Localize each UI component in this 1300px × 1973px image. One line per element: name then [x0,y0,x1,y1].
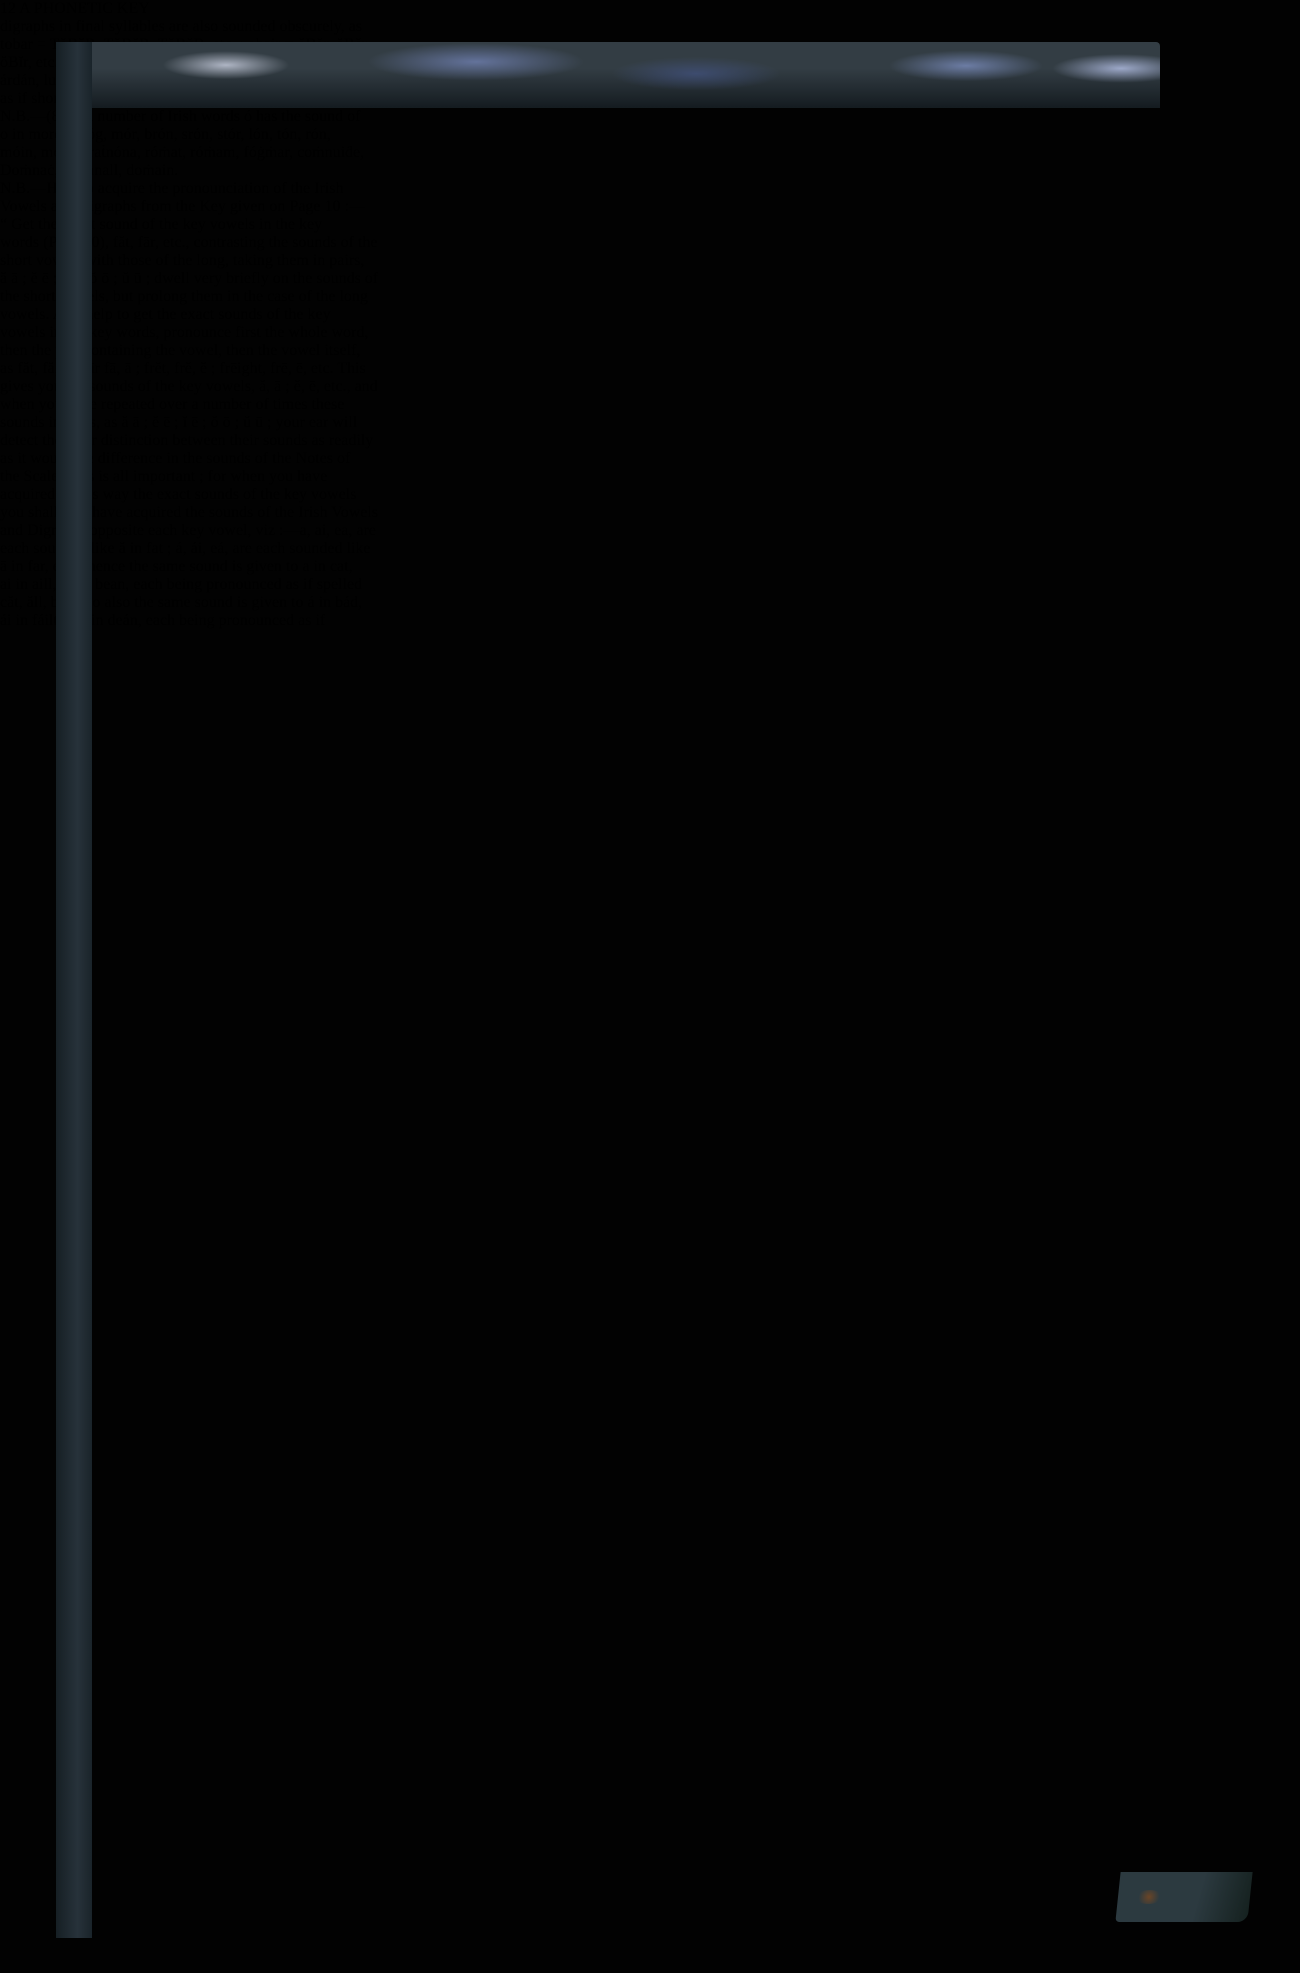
text-line: N.B.—How to acquire the pronounciation o… [0,180,1300,198]
text-line: vowels. As a help to get the exact sound… [0,306,1300,324]
text-line: you shall also have acquired the sounds … [0,504,1300,522]
text-line: the short vowels, but prolong them in th… [0,288,1300,306]
italic-text: N.B. [0,180,30,197]
gaelic-text: ái [0,612,12,629]
gaelic-text: tóg, mór, brón, srón, stór, lón, tón, ró… [83,126,331,143]
gaelic-text: aill, [32,576,56,593]
roman-text: “ Get the exact sound of the key vowels … [0,216,322,233]
roman-text: each being pronounced as if [142,612,325,629]
text-line: ai in aill, ea in bean, each being prono… [0,576,1300,594]
gaelic-text: móin, móna, traṫnóna, róṁat, róṁam, fóġṁ… [0,144,364,161]
paragraph: N.B.—How to acquire the pronounciation o… [0,180,1300,216]
text-line: acquired in this way the exact sounds of… [0,486,1300,504]
gaelic-text: a, ai, ea, [299,522,352,539]
roman-text: ā in far, etc. ; hence the same sound is… [0,558,302,575]
italic-text: o [0,126,8,143]
roman-text: in [315,594,335,611]
text-line: gives you the sounds of the key vowels, … [0,378,1300,396]
text-line: o in more as tóg, mór, brón, srón, stór,… [0,126,1300,144]
roman-text: are each sounded like [228,540,370,557]
text-line: ái in fáilte, eá in deán, each being pro… [0,612,1300,630]
gaelic-text: bád, [335,594,362,611]
book-cover-left-edge [56,42,92,1938]
text-line: N.B.—(8) In a number of Irish words ó ha… [0,108,1300,126]
text-block: digraphs in final syllables are also sou… [0,18,1300,630]
running-header: A PHONETIC KEY [19,0,150,17]
roman-text: then the part containing the vowel, then… [0,342,360,359]
roman-text: in [309,558,329,575]
text-line: vowels in the key words, pronounce first… [0,324,1300,342]
text-line: ă ā ; ĕ ē ; ĭ ē ; ŏ ō ; ŭ ū ; dwell very… [0,270,1300,288]
text-line: then the part containing the vowel, then… [0,342,1300,360]
gaelic-text: ai [0,576,12,593]
page-fore-edge-bottom [62,1882,1138,1918]
roman-text: each being pronounced as if spelled [129,576,362,593]
roman-text: sounds [0,414,48,431]
roman-text: when you have repeated over a number of … [0,396,344,413]
gaelic-text: bean, [95,576,129,593]
gaelic-text: á, ái, eá, [176,540,229,557]
roman-text: vowels. As a help to get the exact sound… [0,306,331,323]
book-cover-top-edge [56,42,1160,108]
roman-text: as făt, fă, ă ; fār fā, ā ; frĕt, frĕ, ĕ… [0,360,366,377]
gaelic-text: ó [244,108,252,125]
text-line: short vowels with those of the long, tak… [0,252,1300,270]
roman-text: are [352,522,376,539]
text-line: each sounded like ă in fat ; á, ái, eá, … [0,540,1300,558]
roman-text: in [12,576,32,593]
roman-text: in [8,126,28,143]
text-line: Doṁnaċ, Doṁnall, doṁain. [0,162,1300,180]
italic-text: N.B. [0,108,30,125]
roman-text: you shall also have acquired the sounds … [0,504,298,521]
roman-text: opposite each key vowel, viz :— [86,522,300,539]
gaelic-text: cat, [330,558,353,575]
text-line: ā in far, etc. ; hence the same sound is… [0,558,1300,576]
text-line: móin, móna, traṫnóna, róṁat, róṁam, fóġṁ… [0,144,1300,162]
paragraph: N.B.—(8) In a number of Irish words ó ha… [0,108,1300,180]
roman-text: as it would the difference in the sounds… [0,450,350,467]
gaelic-text: tobar [0,36,33,53]
cover-speck [1135,1890,1162,1904]
text-line: Vowels and Digraphs from the Key given o… [0,198,1300,216]
text-line: sounds in pairs, as ă ā ; ĕ ē ; ĭ ē ; ŏ … [0,414,1300,432]
text-line: words (Page 10), făt, fār, etc., contras… [0,234,1300,252]
gaelic-text: á [308,594,315,611]
gaelic-text: deán, [108,612,142,629]
scan-backdrop: 12 A PHONETIC KEY digraphs in final syll… [0,0,1300,1973]
italic-text: Irish Vowels [298,504,378,521]
roman-text: , as ă ā ; ĕ ē ; ĭ ē ; ŏ ō ; ŭ ū ; your … [96,414,357,431]
text-line: “ Get the exact sound of the key vowels … [0,216,1300,234]
roman-text: digraphs in final syllables are also sou… [0,18,362,35]
roman-text: in [12,612,32,629]
text-line: căt, ăll, băn ; so also the same sound i… [0,594,1300,612]
roman-text: and [0,522,27,539]
page-header: 12 A PHONETIC KEY [0,0,1300,18]
text-line: when you have repeated over a number of … [0,396,1300,414]
text-line: as făt, fă, ă ; fār fā, ā ; frĕt, frĕ, ĕ… [0,360,1300,378]
text-line: as it would the difference in the sounds… [0,450,1300,468]
paragraph: “ Get the exact sound of the key vowels … [0,216,1300,630]
text-line: the Scale. This is all important ; for w… [0,468,1300,486]
roman-text: short vowels with those of the long, tak… [0,252,364,269]
text-line: detect the clear distinction between the… [0,432,1300,450]
roman-text: acquired in this way the exact sounds of… [0,486,356,503]
roman-text: căt, ăll, băn ; so also the same sound i… [0,594,308,611]
roman-text: has the sound of [252,108,360,125]
roman-text: the Scale. This is all important ; for w… [0,468,327,485]
page-number: 12 [0,0,16,17]
text-line: digraphs in final syllables are also sou… [0,18,1300,36]
roman-text: Vowels and Digraphs from the Key given o… [0,198,365,215]
text-line: and Digraphs opposite each key vowel, vi… [0,522,1300,540]
